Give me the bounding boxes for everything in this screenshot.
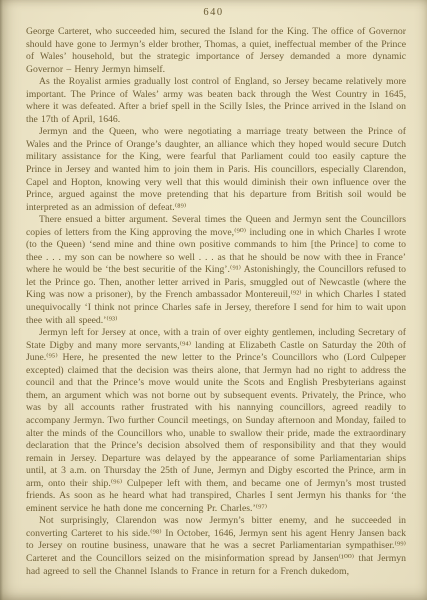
page-body: George Carteret, who succeeded him, secu… (0, 18, 427, 578)
page-number: 640 (0, 0, 427, 18)
paragraph-3: Jermyn and the Queen, who were negotiati… (26, 126, 406, 214)
paragraph-5: Jermyn left for Jersey at once, with a t… (26, 327, 406, 515)
paragraph-2: As the Royalist armies gradually lost co… (26, 76, 406, 126)
book-page: 640 George Carteret, who succeeded him, … (0, 0, 427, 600)
paragraph-4: There ensued a bitter argument. Several … (26, 214, 406, 327)
paragraph-6: Not surprisingly, Clarendon was now Jerm… (26, 515, 406, 578)
paragraph-1: George Carteret, who succeeded him, secu… (26, 26, 406, 76)
